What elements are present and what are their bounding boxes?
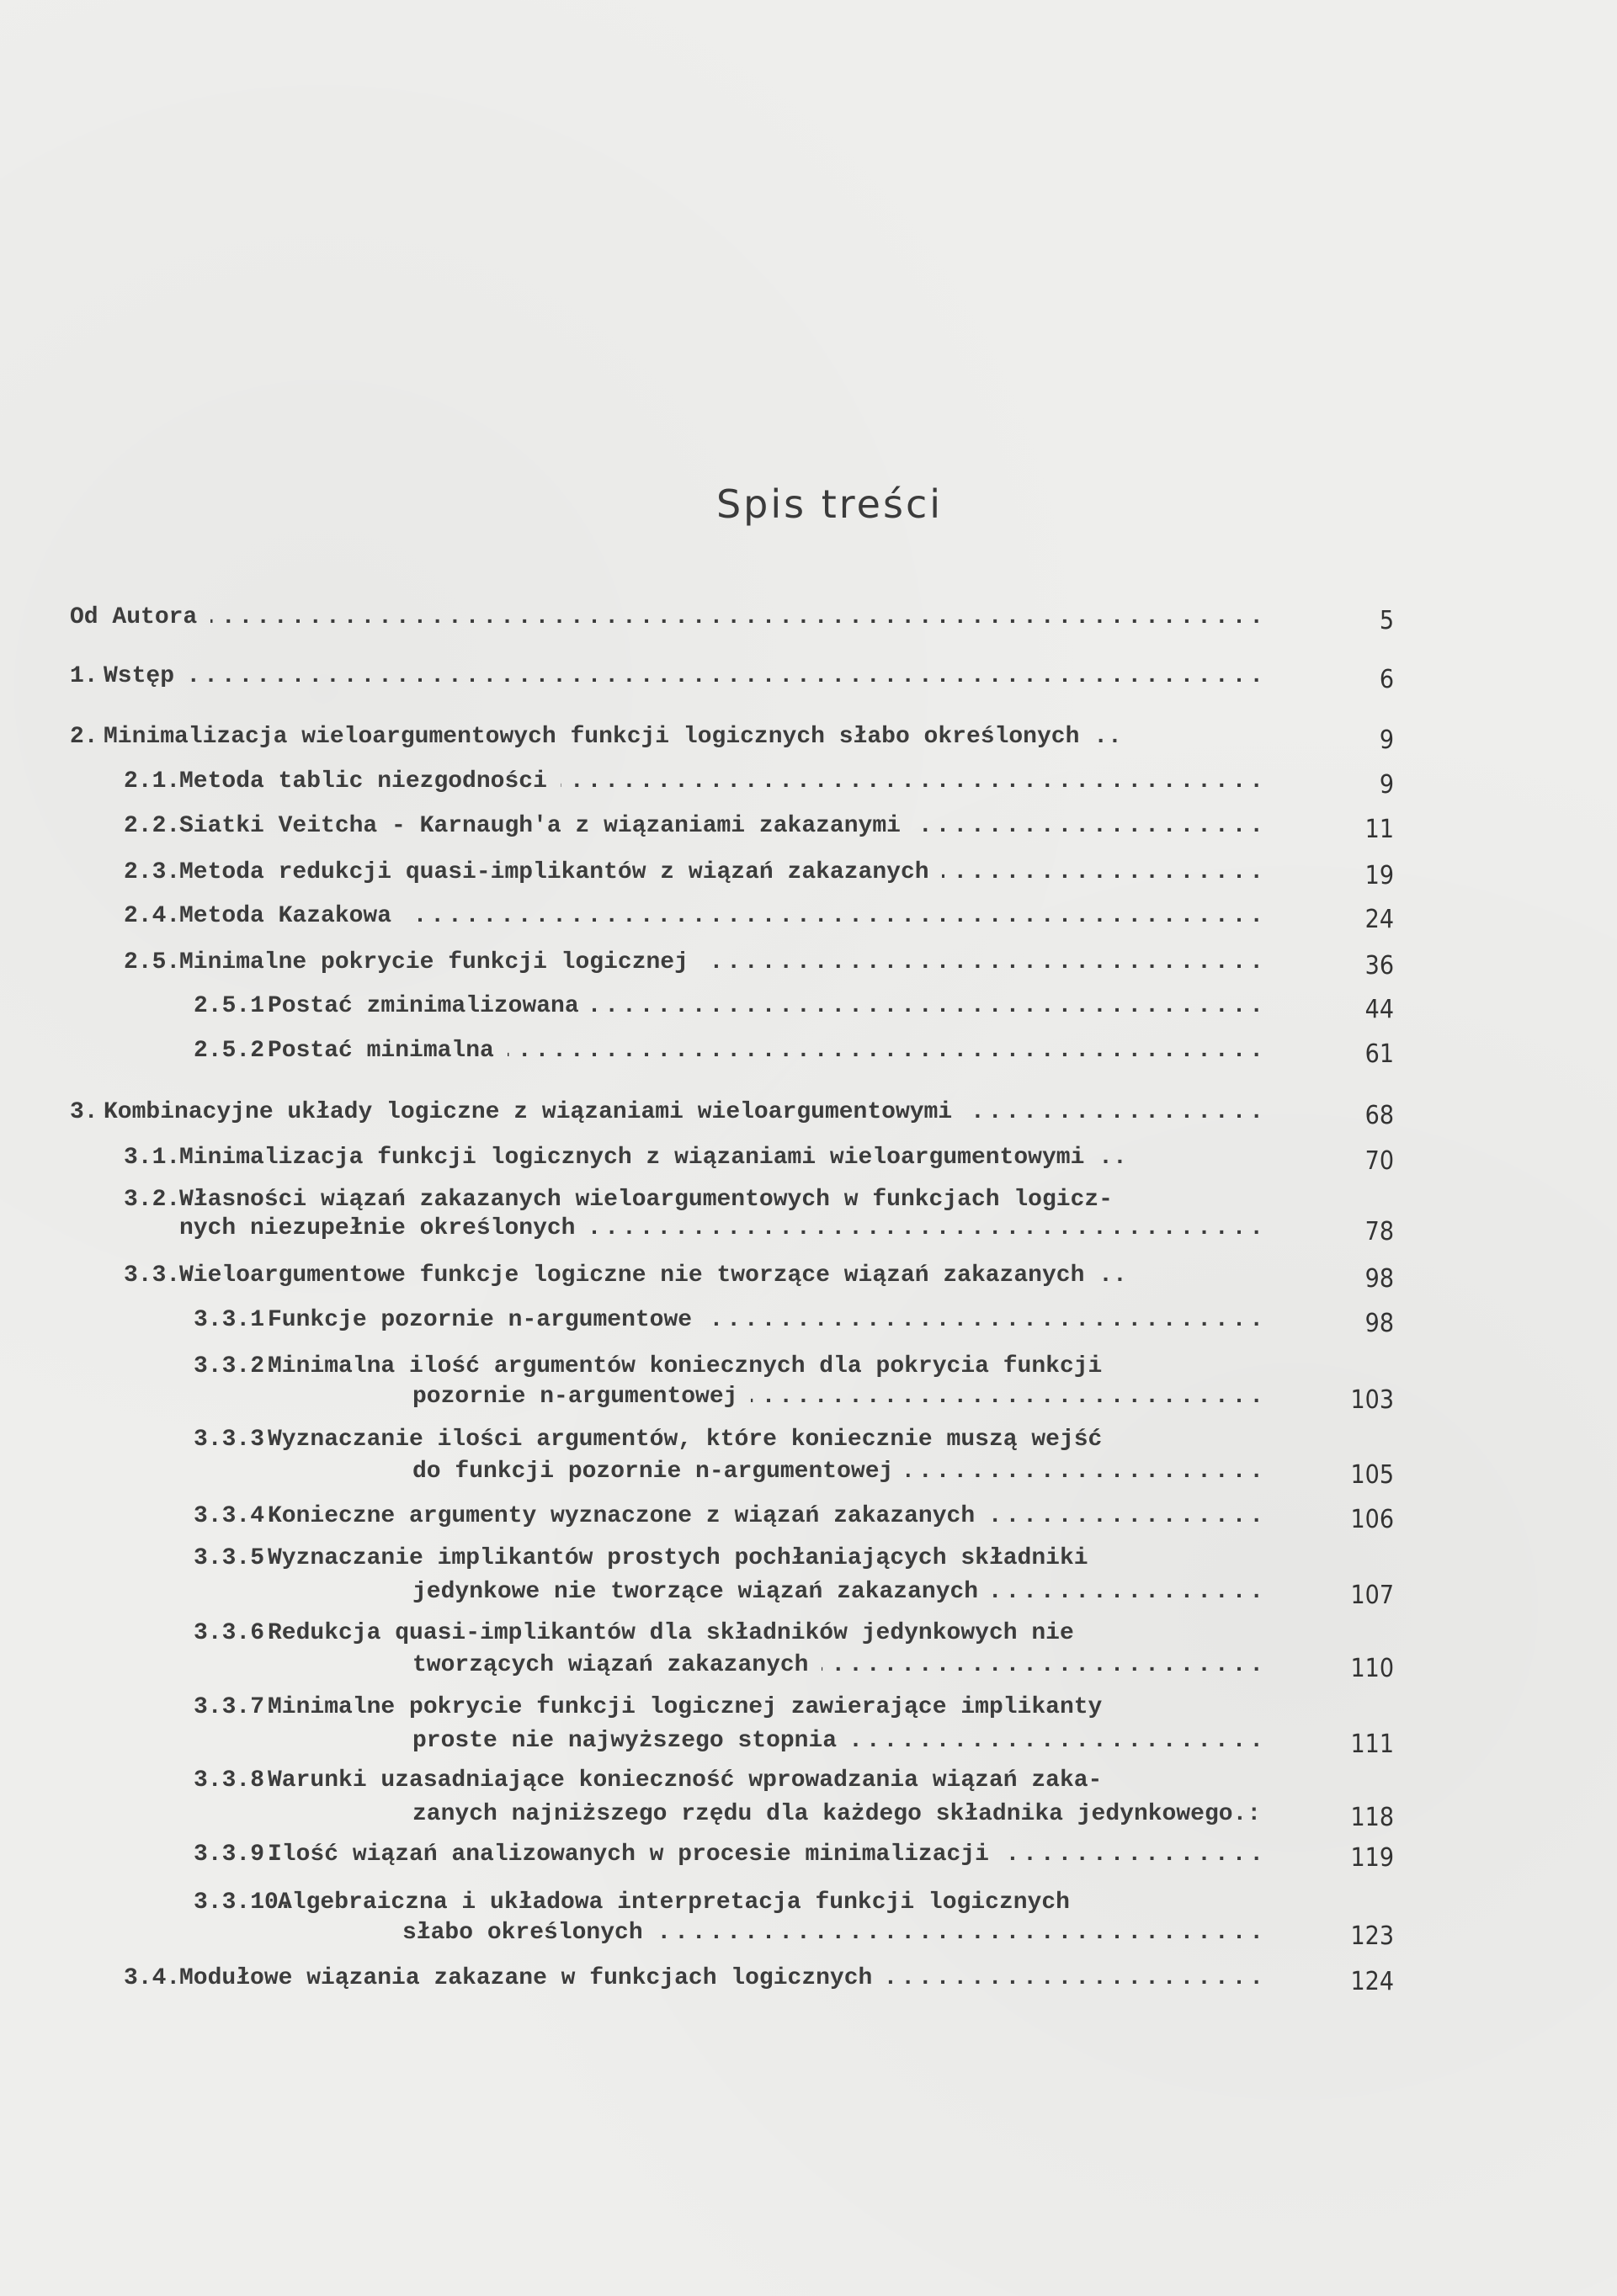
toc-section-number: 3.3.6. (194, 1620, 279, 1646)
toc-leader-dots: ........................................… (588, 1215, 1267, 1244)
toc-leader-dots: ........................................… (705, 1307, 1267, 1336)
toc-section-number: 3.3. (124, 1262, 180, 1289)
toc-entry-line: 3.3.7.Minimalne pokrycie funkcji logiczn… (0, 1694, 1617, 1728)
toc-entry-title: Ilość wiązań analizowanych w procesie mi… (268, 1842, 989, 1868)
toc-page-number: 68 (1318, 1101, 1394, 1130)
toc-page-number: 11 (1318, 815, 1394, 844)
toc-leader-dots: ........................................… (508, 1038, 1267, 1066)
toc-entry-line: 2.5.2.Postać minimalna..................… (0, 1038, 1617, 1071)
toc-section-number: 3. (70, 1099, 98, 1125)
toc-entry-title: Siatki Veitcha - Karnaugh'a z wiązaniami… (179, 813, 901, 839)
toc-entry-line: 2.2.Siatki Veitcha - Karnaugh'a z wiązan… (0, 813, 1617, 847)
toc-section-number: 2.5. (124, 949, 180, 975)
toc-page-number: 106 (1318, 1505, 1394, 1534)
toc-entry-line: 2.Minimalizacja wieloargumentowych funkc… (0, 724, 1617, 757)
toc-entry-line: 3.3.Wieloargumentowe funkcje logiczne ni… (0, 1262, 1617, 1296)
toc-entry-title: Od Autora (70, 604, 197, 630)
toc-leader-dots: ........................................… (942, 859, 1267, 888)
toc-page-number: 9 (1318, 770, 1394, 800)
toc-entry-title: Metoda tablic niezgodności (179, 768, 547, 795)
toc-leader-dots: ........................................… (702, 949, 1267, 978)
toc-page-number: 19 (1318, 861, 1394, 890)
toc-page-number: 98 (1318, 1264, 1394, 1294)
toc-entry-line: 3.3.8.Warunki uzasadniające konieczność … (0, 1767, 1617, 1801)
toc-entry-line: 3.3.6.Redukcja quasi-implikantów dla skł… (0, 1620, 1617, 1654)
toc-page-number: 70 (1318, 1146, 1394, 1176)
toc-section-number: 3.3.4. (194, 1503, 279, 1529)
toc-entry-title: Minimalizacja wieloargumentowych funkcji… (104, 724, 1122, 750)
toc-leader-dots: ........................................… (657, 1920, 1267, 1948)
toc-page-number: 61 (1318, 1039, 1394, 1069)
toc-entry-title: Wstęp (104, 663, 174, 689)
toc-page-number: 107 (1318, 1581, 1394, 1610)
toc-leader-dots: ........................................… (992, 1579, 1267, 1608)
toc-entry-title: Redukcja quasi-implikantów dla składnikó… (268, 1620, 1074, 1646)
toc-entry-title: pozornie n-argumentowej (412, 1384, 737, 1410)
toc-entry-line: 2.3.Metoda redukcji quasi-implikantów z … (0, 859, 1617, 893)
toc-entry-line: 3.3.5.Wyznaczanie implikantów prostych p… (0, 1545, 1617, 1579)
toc-page-number: 9 (1318, 725, 1394, 755)
toc-entry-title: tworzących wiązań zakazanych (412, 1652, 808, 1678)
toc-entry-line: 3.3.3.Wyznaczanie ilości argumentów, któ… (0, 1427, 1617, 1460)
toc-page-number: 124 (1318, 1967, 1394, 1996)
toc-entry-title: zanych najniższego rzędu dla każdego skł… (412, 1801, 1261, 1827)
toc-entry-line: 3.3.1.Funkcje pozornie n-argumentowe....… (0, 1307, 1617, 1341)
toc-entry-line: tworzących wiązań zakazanych............… (0, 1652, 1617, 1686)
toc-entry-title: Funkcje pozornie n-argumentowe (268, 1307, 692, 1333)
toc-section-number: 2.1. (124, 768, 180, 795)
toc-section-number: 2.2. (124, 813, 180, 839)
toc-entry-line: 2.5.Minimalne pokrycie funkcji logicznej… (0, 949, 1617, 983)
toc-page-number: 111 (1318, 1730, 1394, 1759)
toc-entry-title: Modułowe wiązania zakazane w funkcjach l… (179, 1965, 872, 1991)
toc-entry-line: 2.4.Metoda Kazakowa.....................… (0, 903, 1617, 937)
toc-leader-dots: ........................................… (405, 903, 1267, 932)
toc-page-number: 6 (1318, 665, 1394, 694)
toc-section-number: 3.3.8. (194, 1767, 279, 1794)
toc-entry-title: Minimalne pokrycie funkcji logicznej (179, 949, 689, 975)
toc-entry-title: Minimalizacja funkcji logicznych z wiąza… (179, 1145, 1127, 1171)
toc-entry-line: Od Autora...............................… (0, 604, 1617, 638)
toc-entry-line: 3.1.Minimalizacja funkcji logicznych z w… (0, 1145, 1617, 1178)
toc-entry-title: Wieloargumentowe funkcje logiczne nie tw… (179, 1262, 1127, 1289)
toc-section-number: 3.3.9. (194, 1842, 279, 1868)
toc-entry-line: 3.3.10.Algebraiczna i układowa interpret… (0, 1889, 1617, 1923)
toc-section-number: 3.2. (124, 1187, 180, 1213)
toc-leader-dots: ........................................… (751, 1384, 1267, 1412)
toc-page-number: 5 (1318, 606, 1394, 635)
toc-page-number: 24 (1318, 905, 1394, 934)
toc-entry-line: do funkcji pozornie n-argumentowej......… (0, 1459, 1617, 1492)
toc-page-number: 103 (1318, 1385, 1394, 1415)
toc-section-number: 3.1. (124, 1145, 180, 1171)
toc-entry-title: proste nie najwyższego stopnia (412, 1728, 837, 1754)
toc-entry-title: Wyznaczanie implikantów prostych pochłan… (268, 1545, 1088, 1571)
toc-entry-title: Minimalne pokrycie funkcji logicznej zaw… (268, 1694, 1102, 1720)
toc-entry-title: nych niezupełnie określonych (179, 1215, 575, 1241)
toc-entry-line: 1.Wstęp.................................… (0, 663, 1617, 697)
toc-section-number: 2.4. (124, 903, 180, 929)
toc-entry-line: nych niezupełnie określonych............… (0, 1215, 1617, 1249)
toc-section-number: 2.5.1. (194, 993, 279, 1019)
toc-entry-title: Kombinacyjne układy logiczne z wiązaniam… (104, 1099, 952, 1125)
toc-entry-title: Konieczne argumenty wyznaczone z wiązań … (268, 1503, 975, 1529)
toc-page-number: 105 (1318, 1460, 1394, 1490)
toc-entry-line: 3.3.9.Ilość wiązań analizowanych w proce… (0, 1842, 1617, 1875)
toc-leader-dots: ........................................… (561, 768, 1267, 797)
toc-section-number: 2.5.2. (194, 1038, 279, 1064)
toc-entry-title: słabo określonych (402, 1920, 643, 1946)
toc-leader-dots: ........................................… (886, 1965, 1267, 1994)
toc-entry-line: 3.3.2.Minimalna ilość argumentów koniecz… (0, 1353, 1617, 1387)
toc-page-number: 78 (1318, 1217, 1394, 1246)
toc-page-number: 36 (1318, 951, 1394, 981)
toc-page-number: 119 (1318, 1843, 1394, 1873)
toc-section-number: 2.3. (124, 859, 180, 885)
toc-leader-dots: ........................................… (188, 663, 1267, 692)
toc-leader-dots: ........................................… (210, 604, 1267, 633)
toc-leader-dots: ........................................… (850, 1728, 1267, 1757)
toc-entry-line: zanych najniższego rzędu dla każdego skł… (0, 1801, 1617, 1835)
toc-entry-title: Warunki uzasadniające konieczność wprowa… (268, 1767, 1102, 1794)
toc-section-number: 3.3.1. (194, 1307, 279, 1333)
toc-page-number: 118 (1318, 1803, 1394, 1832)
toc-entry-line: 3.4.Modułowe wiązania zakazane w funkcja… (0, 1965, 1617, 1999)
toc-section-number: 3.3.2. (194, 1353, 279, 1379)
toc-section-number: 2. (70, 724, 98, 750)
toc-entry-title: Postać minimalna (268, 1038, 494, 1064)
toc-entry-title: Postać zminimalizowana (268, 993, 579, 1019)
toc-entry-title: Minimalna ilość argumentów koniecznych d… (268, 1353, 1102, 1379)
toc-entry-title: Metoda redukcji quasi-implikantów z wiąz… (179, 859, 929, 885)
toc-entry-line: słabo określonych.......................… (0, 1920, 1617, 1953)
toc-entry-line: 3.3.4.Konieczne argumenty wyznaczone z w… (0, 1503, 1617, 1537)
toc-leader-dots: ........................................… (593, 993, 1267, 1022)
toc-entry-title: do funkcji pozornie n-argumentowej (412, 1459, 893, 1485)
toc-entry-title: Wyznaczanie ilości argumentów, które kon… (268, 1427, 1102, 1453)
toc-entry-title: Algebraiczna i układowa interpretacja fu… (278, 1889, 1070, 1916)
toc-leader-dots: ........................................… (1003, 1842, 1267, 1870)
toc-entry-title: Własności wiązań zakazanych wieloargumen… (179, 1187, 1113, 1213)
table-of-contents: Od Autora...............................… (0, 0, 1617, 2296)
toc-page-number: 123 (1318, 1921, 1394, 1951)
toc-section-number: 3.3.5. (194, 1545, 279, 1571)
toc-entry-title: Metoda Kazakowa (179, 903, 391, 929)
toc-section-number: 3.4. (124, 1965, 180, 1991)
toc-leader-dots: ........................................… (822, 1652, 1267, 1681)
toc-section-number: 3.3.7. (194, 1694, 279, 1720)
toc-leader-dots: ........................................… (914, 813, 1267, 842)
toc-section-number: 3.3.3. (194, 1427, 279, 1453)
toc-leader-dots: ........................................… (988, 1503, 1267, 1532)
toc-page-number: 110 (1318, 1654, 1394, 1683)
toc-page-number: 44 (1318, 995, 1394, 1024)
toc-section-number: 1. (70, 663, 98, 689)
toc-page-number: 98 (1318, 1309, 1394, 1338)
toc-entry-line: 2.1.Metoda tablic niezgodności..........… (0, 768, 1617, 802)
toc-entry-line: proste nie najwyższego stopnia..........… (0, 1728, 1617, 1762)
toc-entry-line: pozornie n-argumentowej.................… (0, 1384, 1617, 1417)
toc-entry-line: 2.5.1.Postać zminimalizowana............… (0, 993, 1617, 1027)
toc-entry-line: jedynkowe nie tworzące wiązań zakazanych… (0, 1579, 1617, 1613)
toc-entry-title: jedynkowe nie tworzące wiązań zakazanych (412, 1579, 978, 1605)
toc-leader-dots: ........................................… (965, 1099, 1267, 1128)
toc-leader-dots: ........................................… (907, 1459, 1267, 1487)
toc-entry-line: 3.Kombinacyjne układy logiczne z wiązani… (0, 1099, 1617, 1133)
